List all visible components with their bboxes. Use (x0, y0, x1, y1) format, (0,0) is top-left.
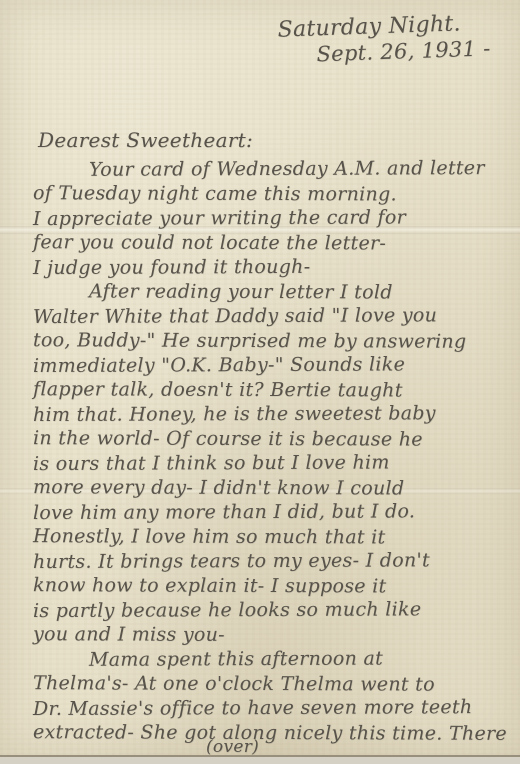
letter-line: Mama spent this afternoon at (33, 646, 503, 673)
letter-line: I judge you found it though- (33, 254, 503, 281)
letter-line: too, Buddy-" He surprised me by answerin… (33, 328, 503, 354)
date-block: Saturday Night. Sept. 26, 1931 - (277, 10, 491, 67)
letter-line: extracted- She got along nicely this tim… (33, 720, 503, 746)
letter-line: love him any more than I did, but I do. (33, 499, 503, 526)
salutation: Dearest Sweetheart: (38, 128, 253, 152)
letter-paper: Saturday Night. Sept. 26, 1931 - Dearest… (0, 0, 520, 755)
letter-line: immediately "O.K. Baby-" Sounds like (33, 352, 503, 379)
letter-line: Honestly, I love him so much that it (33, 524, 503, 550)
letter-line: him that. Honey, he is the sweetest baby (33, 401, 503, 428)
letter-line: in the world- Of course it is because he (33, 426, 503, 452)
scan-bottom-edge (0, 755, 520, 764)
letter-line: more every day- I didn't know I could (33, 475, 503, 501)
letter-line: flapper talk, doesn't it? Bertie taught (33, 377, 503, 403)
letter-line: fear you could not locate the letter- (33, 230, 503, 256)
over-note: (over) (206, 737, 259, 757)
letter-line: hurts. It brings tears to my eyes- I don… (33, 548, 503, 575)
letter-line: is ours that I think so but I love him (33, 450, 503, 477)
letter-line: you and I miss you- (33, 622, 503, 648)
letter-line: is partly because he looks so much like (33, 597, 503, 624)
date-line-date: Sept. 26, 1931 - (316, 36, 491, 66)
letter-line: I appreciate your writing the card for (33, 205, 503, 232)
letter-line: Walter White that Daddy said "I love you (33, 303, 503, 330)
letter-line: Thelma's- At one o'clock Thelma went to (33, 671, 503, 697)
letter-line: After reading your letter I told (33, 279, 503, 305)
letter-line: Dr. Massie's office to have seven more t… (33, 695, 503, 722)
letter-body: Your card of Wednesday A.M. and letter o… (33, 157, 503, 745)
letter-line: know how to explain it- I suppose it (33, 573, 503, 599)
letter-line: of Tuesday night came this morning. (33, 181, 503, 207)
letter-line: Your card of Wednesday A.M. and letter (33, 156, 503, 183)
